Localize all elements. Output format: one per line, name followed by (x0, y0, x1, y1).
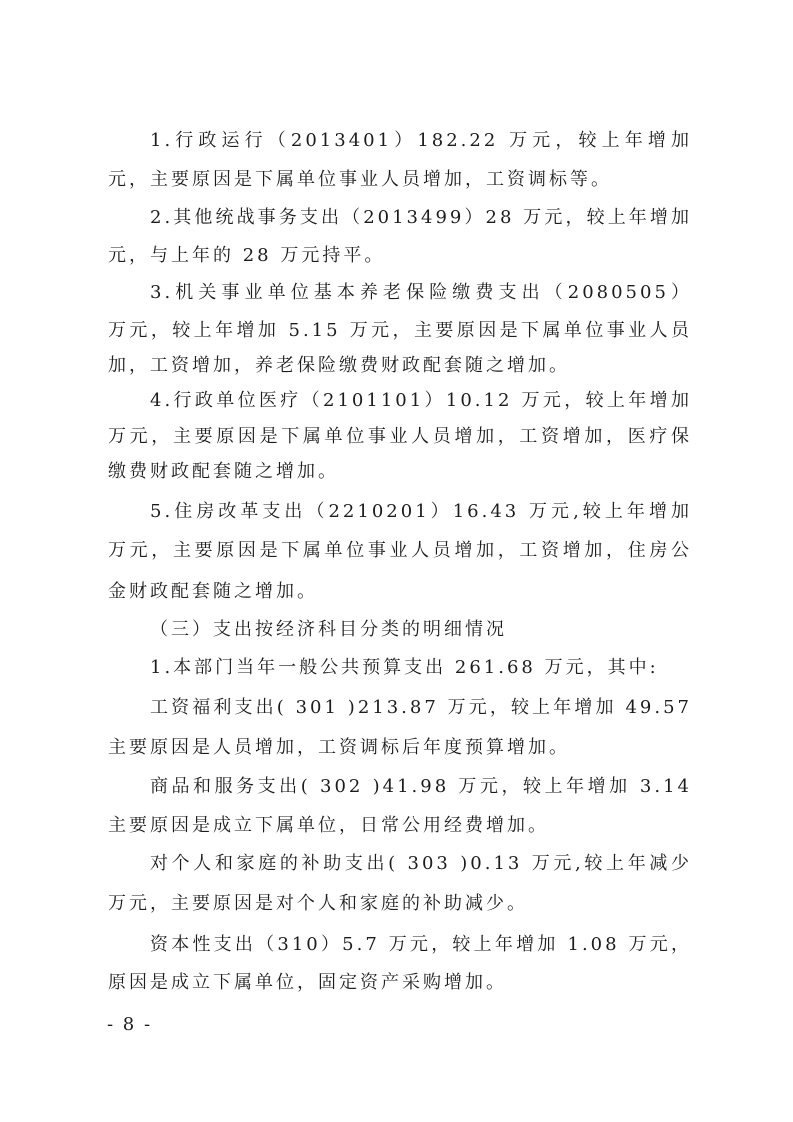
paragraph-line: 加，工资增加，养老保险缴费财政配套随之增加。 (108, 354, 570, 378)
paragraph-line: 万元，较上年增加 5.15 万元，主要原因是下属单位事业人员增 (108, 319, 692, 343)
paragraph-line: 万元，主要原因是下属单位事业人员增加，工资增加，住房公积 (108, 539, 692, 563)
paragraph-line: 原因是成立下属单位，固定资产采购增加。 (108, 971, 507, 995)
paragraph-line: 元，主要原因是下属单位事业人员增加，工资调标等。 (108, 168, 612, 192)
paragraph-line: 2.其他统战事务支出（2013499）28 万元，较上年增加 0 万 (150, 206, 692, 230)
paragraph-line: 万元，主要原因是对个人和家庭的补助减少。 (108, 892, 528, 916)
paragraph-line: 对个人和家庭的补助支出( 303 )0.13 万元,较上年减少 2.04 (150, 852, 692, 876)
paragraph-line: 金财政配套随之增加。 (108, 580, 318, 604)
paragraph-line: 1.本部门当年一般公共预算支出 261.68 万元，其中: (150, 656, 659, 680)
paragraph-line: 主要原因是人员增加，工资调标后年度预算增加。 (108, 736, 570, 760)
paragraph-line: 5.住房改革支出（2210201）16.43 万元,较上年增加 1.36 (150, 500, 692, 524)
paragraph-line: 工资福利支出( 301 )213.87 万元，较上年增加 49.57 万元， (150, 696, 692, 720)
paragraph-line: 3.机关事业单位基本养老保险缴费支出（2080505）24.91 (150, 281, 692, 305)
document-page: 1.行政运行（2013401）182.22 万元，较上年增加 43.02 万 元… (0, 0, 793, 1122)
section-heading: （三）支出按经济科目分类的明细情况 (150, 618, 507, 642)
paragraph-line: 资本性支出（310）5.7 万元，较上年增加 1.08 万元，主要 (150, 933, 692, 957)
paragraph-line: 4.行政单位医疗（2101101）10.12 万元，较上年增加 2.22 (150, 389, 692, 413)
paragraph-line: 商品和服务支出( 302 )41.98 万元，较上年增加 3.14 万元， (150, 775, 692, 799)
paragraph-line: 缴费财政配套随之增加。 (108, 460, 339, 484)
paragraph-line: 万元，主要原因是下属单位事业人员增加，工资增加，医疗保险 (108, 425, 692, 449)
paragraph-line: 主要原因是成立下属单位，日常公用经费增加。 (108, 814, 549, 838)
page-number: - 8 - (107, 1013, 152, 1037)
paragraph-line: 元，与上年的 28 万元持平。 (108, 244, 385, 268)
paragraph-line: 1.行政运行（2013401）182.22 万元，较上年增加 43.02 万 (150, 129, 692, 153)
